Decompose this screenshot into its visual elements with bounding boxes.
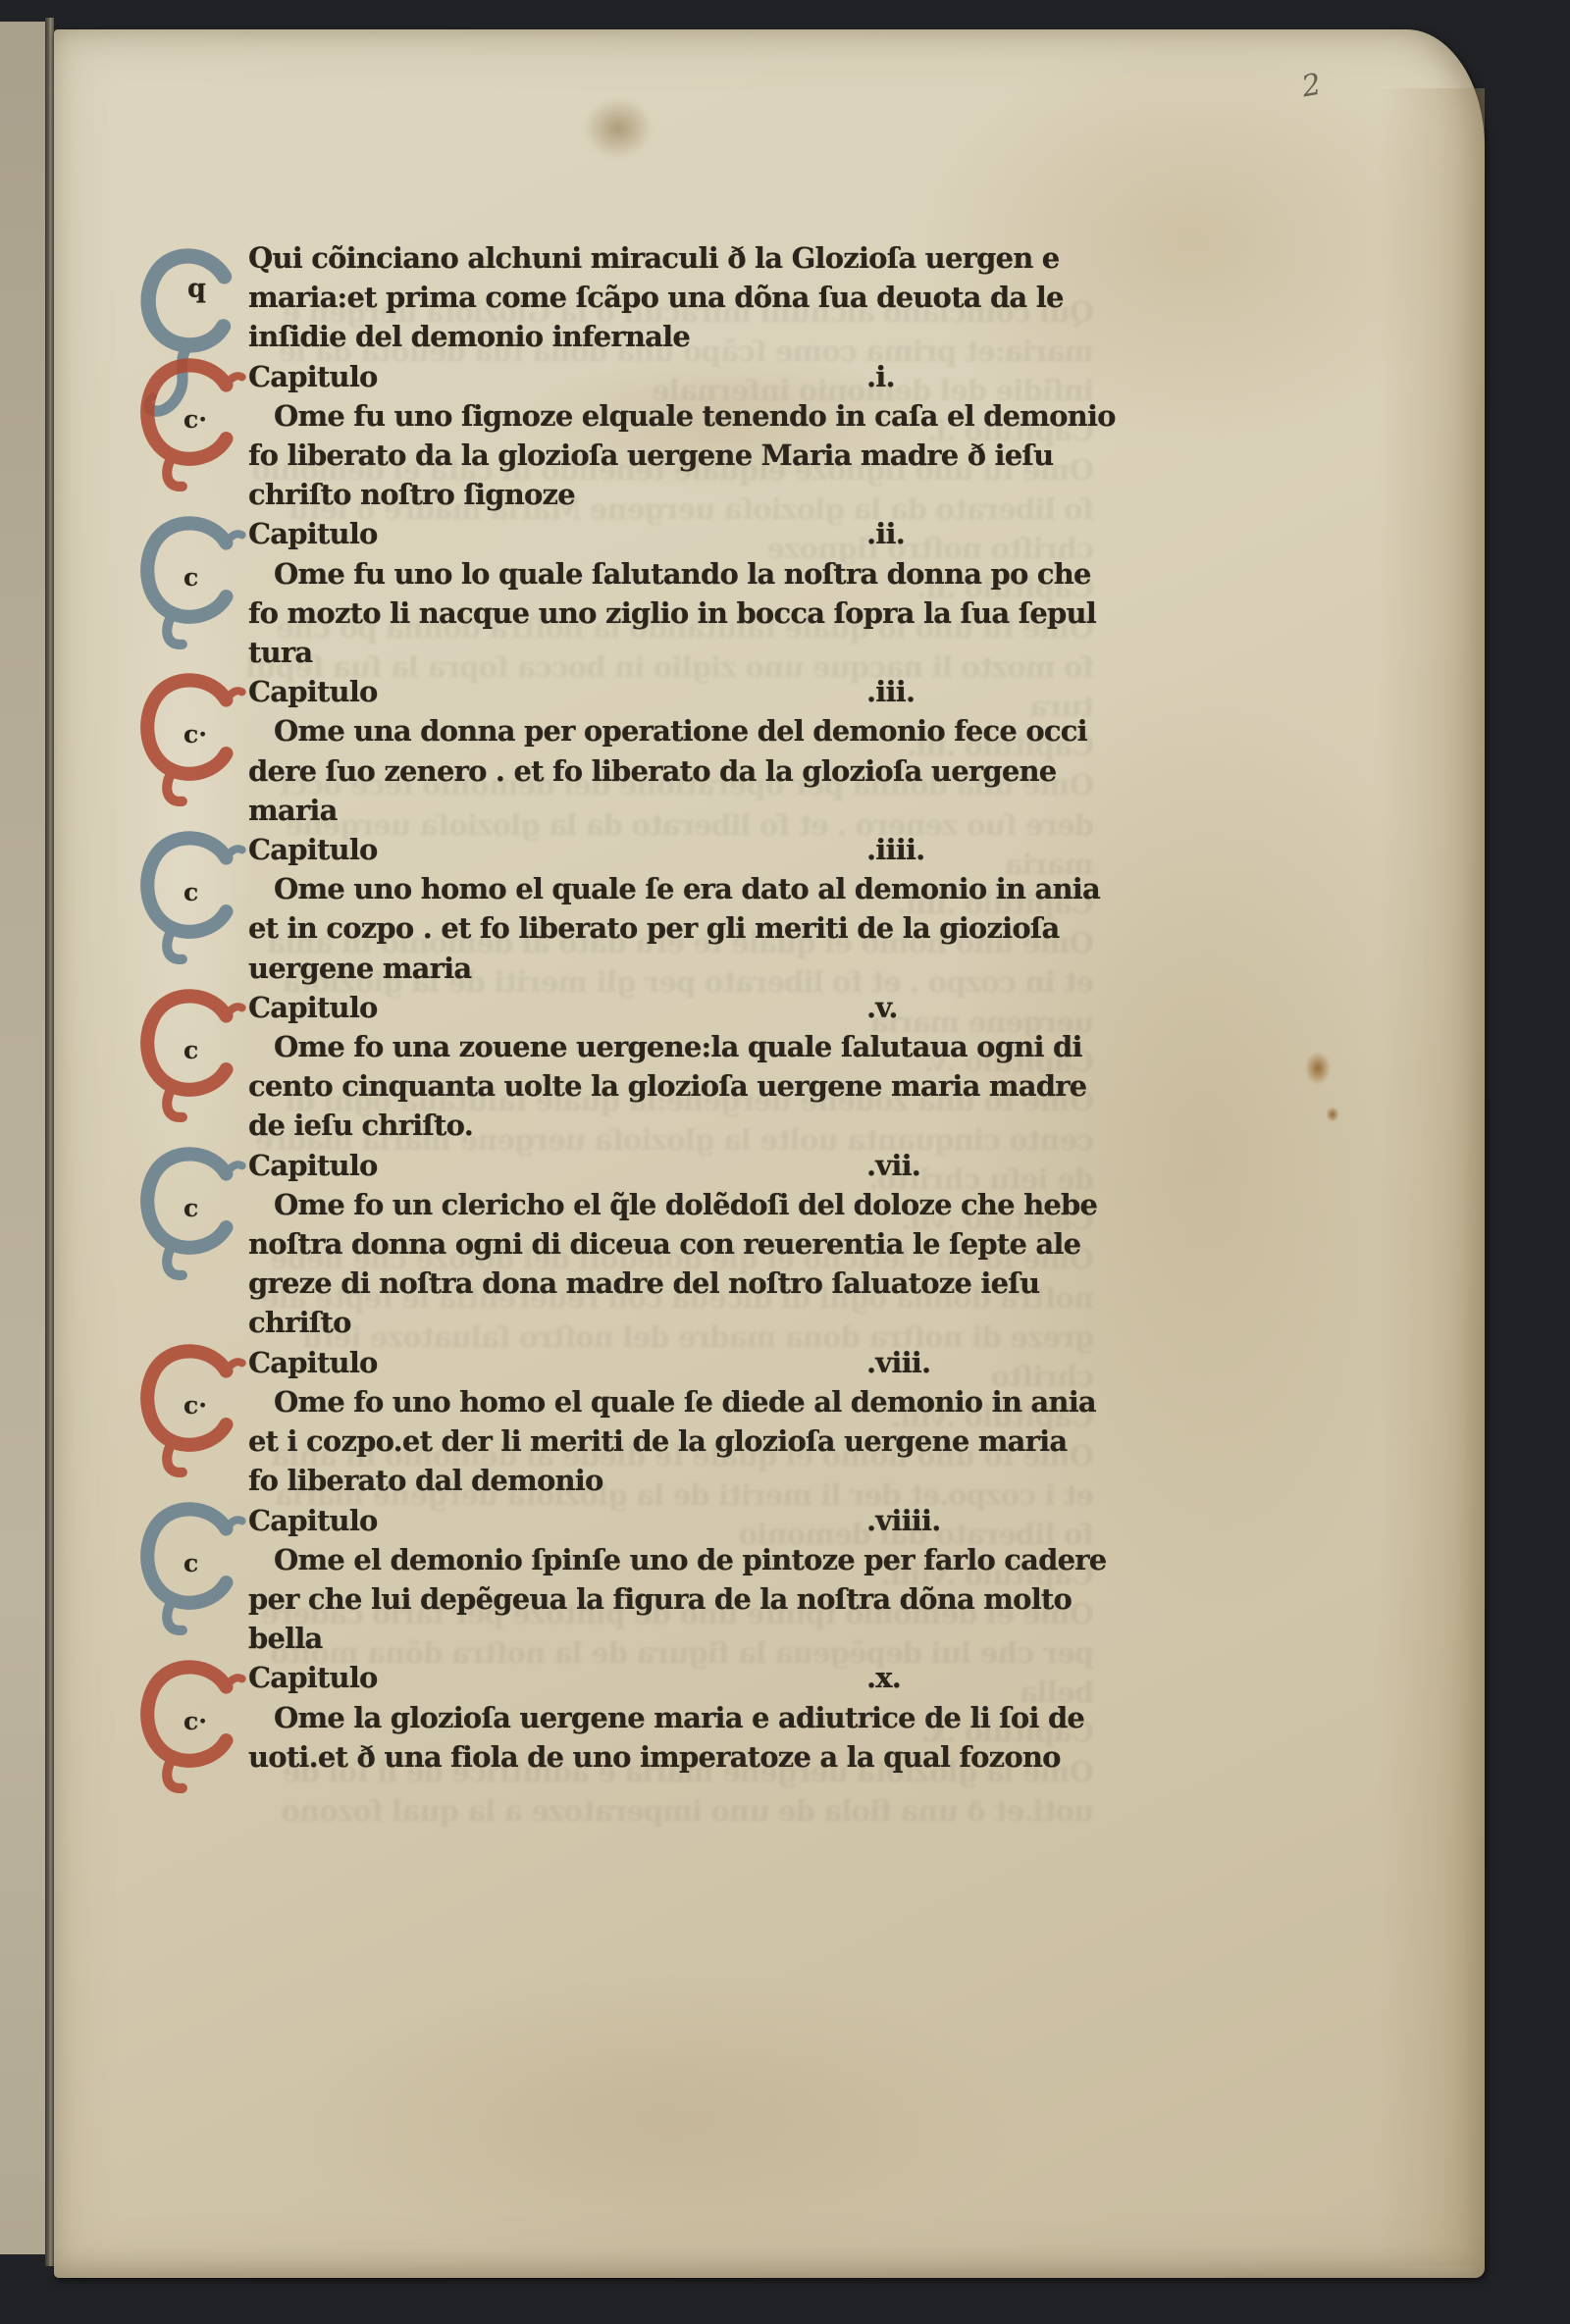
capitulo-label: Capitulo — [248, 1504, 378, 1537]
folio-number: 2 — [1299, 68, 1324, 105]
initial-guide-letter: c — [183, 1189, 198, 1228]
chapter-entry: Capitulo .iii. c· Ome una donna per oper… — [248, 672, 1112, 830]
chapter-lines: Ome fo uno homo el quale ſe diede al dem… — [248, 1382, 1112, 1501]
chapter-numeral: .ii. — [866, 514, 905, 553]
capitulo-label: Capitulo — [248, 991, 378, 1024]
chapter-numeral: .i. — [866, 357, 895, 396]
initial-guide-letter: c — [183, 1031, 198, 1070]
chapter-entry: Capitulo .ii. c Ome fu uno lo quale ſalu… — [248, 514, 1112, 672]
text-line: greze di noſtra dona madre del noſtro ſa… — [248, 1264, 1112, 1303]
chapter-lines: Ome fo una zouene uergene:la quale ſalut… — [248, 1027, 1112, 1146]
chapter-entry: Capitulo .viii. c· Ome fo uno homo el qu… — [248, 1343, 1112, 1501]
text-line: Ome el demonio ſpinſe uno de pintoze per… — [248, 1540, 1112, 1579]
lombard-initial-icon: c — [138, 1495, 248, 1644]
chapter-entry: Capitulo .x. c· Ome la glozioſa uergene … — [248, 1658, 1112, 1777]
lombard-initial-icon: c· — [138, 1653, 248, 1802]
chapter-lines: Ome fu uno ſignoze elquale tenendo in ca… — [248, 396, 1112, 515]
capitulo-label: Capitulo — [248, 1149, 378, 1182]
text-line: Ome fu uno lo quale ſalutando la noſtra … — [248, 554, 1112, 594]
initial-guide-letter: c· — [183, 1702, 207, 1741]
text-line: Qui cõinciano alchuni miraculi ð la Gloz… — [248, 238, 1112, 278]
text-line: chriſto — [248, 1303, 1112, 1342]
capitulo-label: Capitulo — [248, 1661, 378, 1694]
capitulo-label: Capitulo — [248, 833, 378, 866]
lombard-initial-icon: c — [138, 982, 248, 1131]
capitulo-label: Capitulo — [248, 1346, 378, 1379]
chapter-entry: Capitulo .viiii. c Ome el demonio ſpinſe… — [248, 1501, 1112, 1659]
scanned-book-photo: Qui cõinciano alchuni miraculi ð la Gloz… — [0, 0, 1570, 2324]
chapter-lines: Ome una donna per operatione del demonio… — [248, 711, 1112, 830]
chapter-entry: Capitulo .v. c Ome fo una zouene uergene… — [248, 988, 1112, 1146]
text-line: Ome fo un clericho el q̃le dolẽdoſi del … — [248, 1185, 1112, 1224]
text-line: uoti.et ð una fiola de uno imperatoze a … — [248, 1737, 1112, 1777]
text-line: maria — [248, 791, 1112, 830]
page-stain — [584, 98, 653, 159]
text-line: fo liberato da la glozioſa uergene Maria… — [248, 436, 1112, 475]
lombard-initial-icon: c· — [138, 1337, 248, 1486]
text-line: Ome una donna per operatione del demonio… — [248, 711, 1112, 750]
initial-guide-letter: c — [183, 1544, 198, 1583]
incipit-paragraph: q Qui cõinciano alchuni miraculi ð la Gl… — [248, 238, 1112, 357]
text-line: dere ſuo zenero . et fo liberato da la g… — [248, 751, 1112, 791]
chapter-numeral: .viiii. — [866, 1501, 941, 1540]
chapter-numeral: .v. — [866, 988, 898, 1027]
page-edge-stain — [1377, 88, 1485, 2266]
text-line: Ome fu uno ſignoze elquale tenendo in ca… — [248, 396, 1112, 436]
chapter-numeral: .x. — [866, 1658, 901, 1697]
page-stain — [289, 1972, 1035, 2266]
text-line: Ome fo uno homo el quale ſe diede al dem… — [248, 1382, 1112, 1421]
text-line: bella — [248, 1619, 1112, 1658]
chapter-entry: Capitulo .iiii. c Ome uno homo el quale … — [248, 830, 1112, 988]
text-line: Ome la glozioſa uergene maria e adiutric… — [248, 1698, 1112, 1737]
chapter-lines: Ome la glozioſa uergene maria e adiutric… — [248, 1698, 1112, 1777]
chapter-numeral: .viii. — [866, 1343, 930, 1382]
text-line: noſtra donna ogni di diceua con reuerent… — [248, 1224, 1112, 1264]
initial-guide-letter: c· — [183, 400, 207, 439]
chapter-numeral: .vii. — [866, 1146, 920, 1185]
chapter-numeral: .iii. — [866, 672, 915, 711]
initial-guide-letter: c· — [183, 1386, 207, 1425]
lombard-initial-icon: c — [138, 509, 248, 658]
gutter-shadow — [45, 18, 54, 2266]
text-line: cento cinquanta uolte la glozioſa uergen… — [248, 1066, 1112, 1106]
capitulo-label: Capitulo — [248, 675, 378, 708]
text-line: fo liberato dal demonio — [248, 1461, 1112, 1500]
chapter-lines: Ome uno homo el quale ſe era dato al dem… — [248, 869, 1112, 988]
initial-guide-letter: q — [187, 270, 206, 309]
lombard-initial-icon: c — [138, 824, 248, 973]
text-line: tura — [248, 633, 1112, 672]
text-line: uergene maria — [248, 949, 1112, 988]
text-line: chriſto noſtro ſignoze — [248, 475, 1112, 514]
rust-spot — [1326, 1107, 1339, 1122]
text-line: inſidie del demonio infernale — [248, 317, 1112, 356]
chapter-entry: Capitulo .i. c· Ome fu uno ſignoze elqua… — [248, 357, 1112, 515]
chapter-lines: Ome el demonio ſpinſe uno de pintoze per… — [248, 1540, 1112, 1659]
text-line: maria:et prima come ſcãpo una dõna ſua d… — [248, 278, 1112, 317]
text-line: per che lui depẽgeua la figura de la noſ… — [248, 1579, 1112, 1619]
text-line: Ome uno homo el quale ſe era dato al dem… — [248, 869, 1112, 908]
initial-guide-letter: c· — [183, 715, 207, 754]
capitulo-label: Capitulo — [248, 517, 378, 550]
chapter-numeral: .iiii. — [866, 830, 924, 869]
chapter-entry: Capitulo .vii. c Ome fo un clericho el q… — [248, 1146, 1112, 1343]
initial-guide-letter: c — [183, 873, 198, 912]
lombard-initial-icon: c· — [138, 666, 248, 815]
lombard-initial-icon: c· — [138, 351, 248, 500]
text-line: et in cozpo . et fo liberato per gli mer… — [248, 908, 1112, 948]
text-line: de ieſu chriſto. — [248, 1106, 1112, 1145]
text-line: et i cozpo.et der li meriti de la glozio… — [248, 1421, 1112, 1461]
book-page: Qui cõinciano alchuni miraculi ð la Gloz… — [54, 29, 1485, 2278]
capitulo-label: Capitulo — [248, 360, 378, 393]
under-page-edge — [0, 22, 45, 2254]
chapter-lines: Ome fo un clericho el q̃le dolẽdoſi del … — [248, 1185, 1112, 1343]
text-line: Ome fo una zouene uergene:la quale ſalut… — [248, 1027, 1112, 1066]
chapter-list: Capitulo .i. c· Ome fu uno ſignoze elqua… — [248, 357, 1112, 1777]
lombard-initial-icon: c — [138, 1140, 248, 1289]
heading-lines: Qui cõinciano alchuni miraculi ð la Gloz… — [248, 238, 1112, 357]
chapter-lines: Ome fu uno lo quale ſalutando la noſtra … — [248, 554, 1112, 673]
rust-spot — [1305, 1052, 1331, 1085]
text-line: fo mozto li nacque uno ziglio in bocca ſ… — [248, 594, 1112, 633]
table-of-contents: q Qui cõinciano alchuni miraculi ð la Gl… — [248, 238, 1112, 1777]
initial-guide-letter: c — [183, 558, 198, 597]
